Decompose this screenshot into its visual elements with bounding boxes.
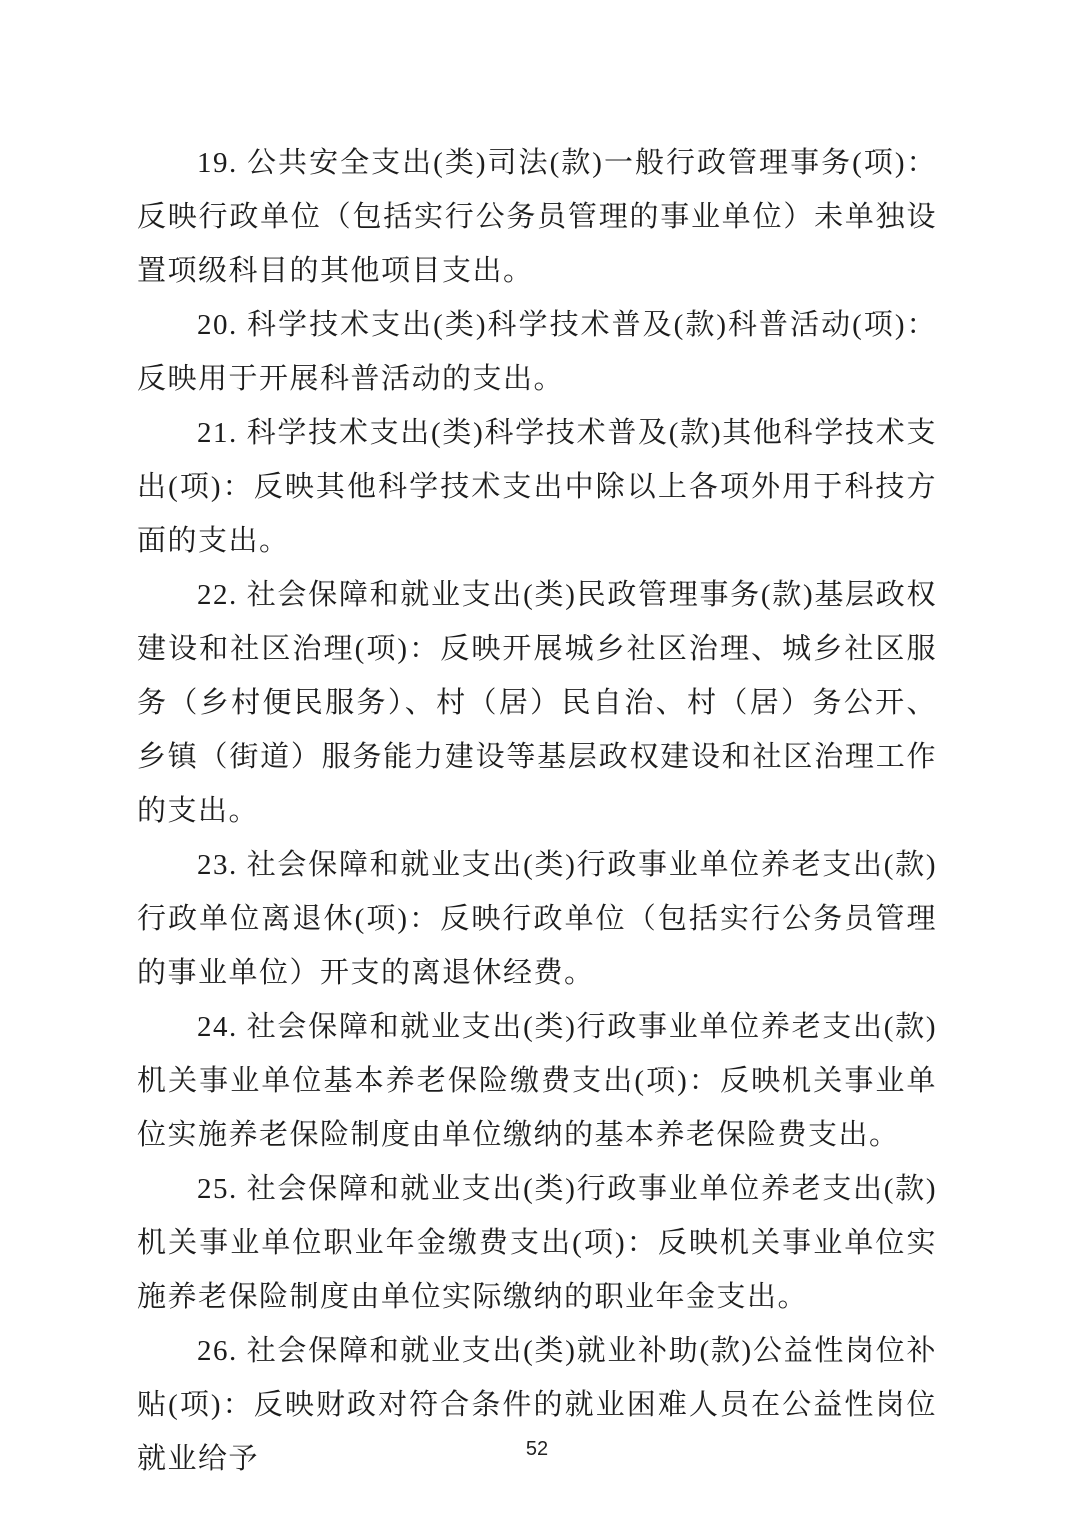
paragraph-item-23: 23. 社会保障和就业支出(类)行政事业单位养老支出(款)行政单位离退休(项)：… bbox=[137, 838, 937, 1000]
paragraph-item-26: 26. 社会保障和就业支出(类)就业补助(款)公益性岗位补贴(项)：反映财政对符… bbox=[137, 1324, 937, 1486]
paragraph-item-22: 22. 社会保障和就业支出(类)民政管理事务(款)基层政权建设和社区治理(项)：… bbox=[137, 568, 937, 838]
page-number: 52 bbox=[0, 1438, 1074, 1461]
paragraph-item-20: 20. 科学技术支出(类)科学技术普及(款)科普活动(项)：反映用于开展科普活动… bbox=[137, 298, 937, 406]
document-page: 19. 公共安全支出(类)司法(款)一般行政管理事务(项)：反映行政单位（包括实… bbox=[0, 0, 1074, 1520]
document-body: 19. 公共安全支出(类)司法(款)一般行政管理事务(项)：反映行政单位（包括实… bbox=[137, 136, 937, 1486]
paragraph-item-19: 19. 公共安全支出(类)司法(款)一般行政管理事务(项)：反映行政单位（包括实… bbox=[137, 136, 937, 298]
paragraph-item-24: 24. 社会保障和就业支出(类)行政事业单位养老支出(款)机关事业单位基本养老保… bbox=[137, 1000, 937, 1162]
paragraph-item-25: 25. 社会保障和就业支出(类)行政事业单位养老支出(款)机关事业单位职业年金缴… bbox=[137, 1162, 937, 1324]
paragraph-item-21: 21. 科学技术支出(类)科学技术普及(款)其他科学技术支出(项)：反映其他科学… bbox=[137, 406, 937, 568]
